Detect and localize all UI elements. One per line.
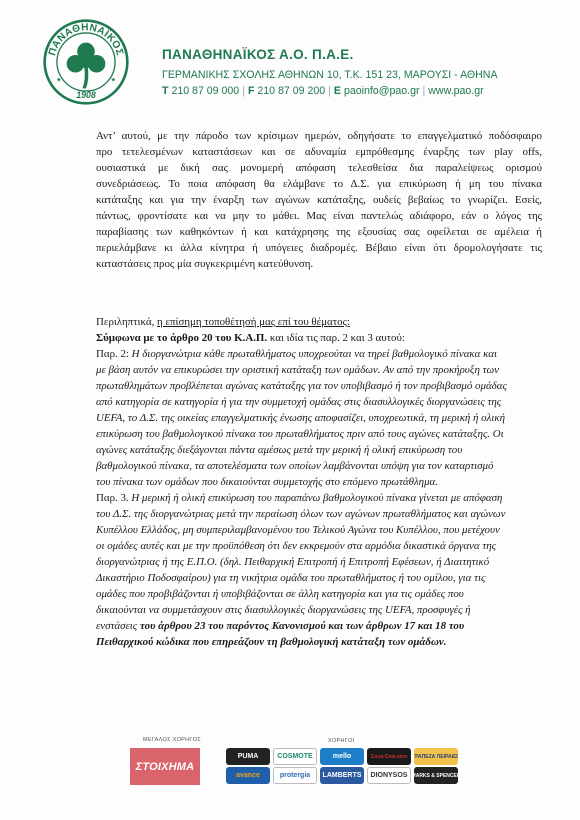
fax-number: 210 87 09 200 [257,85,325,97]
sponsor-logo-grid: PUMACOSMOTEmelloCoca-Cola zeroΤΡΑΠΕΖΑ ΠΕ… [226,748,458,784]
summary-article-ref: Σύμφωνα με το άρθρο 20 του Κ.Α.Π. και ιδ… [96,330,542,346]
club-logo-shamrock-icon: ΠΑΝΑΘΗΝΑΪΚΟΣ 1908 ★ ★ [42,18,130,106]
paragraph-line: καταστάσεις προς μία συγκεκριμένη κατεύθ… [96,256,542,272]
website-link[interactable]: www.pao.gr [428,85,483,97]
summary-line2-b: και ιδία τις παρ. 2 και 3 αυτού: [267,332,405,344]
par2-line: πρωταθλημάτων προβλέπεται αγώνας κατάταξ… [96,378,542,394]
main-sponsor-name: ΣΤΟΙΧΗΜΑ [136,761,195,773]
fax-label: F [248,85,254,97]
par3-label: Παρ. 3. [96,492,131,504]
summary-intro-text: Περιληπτικά, [96,316,157,328]
svg-text:1908: 1908 [76,90,96,100]
par3-line: δικαιούνται να συμμετάσχουν στις διασυλλ… [96,602,542,618]
email-link[interactable]: paoinfo@pao.gr [344,85,420,97]
org-address: ΓΕΡΜΑΝΙΚΗΣ ΣΧΟΛΗΣ ΑΘΗΝΩΝ 10, Τ.Κ. 151 23… [162,66,498,84]
par2-line: αγώνες κατάταξης διεξάγονται πάντα αμέσω… [96,442,542,458]
article-20-ref: άρθρο 20 του Κ.Α.Π. [170,332,267,344]
par3-line: ομάδες που προβιβάζονται ή υποβιβάζονται… [96,586,542,602]
par3-line: οι ομάδες αυτές και με την προϋπόθεση ότ… [96,538,542,554]
par3-line: ενστάσεις του άρθρου 23 του παρόντος Καν… [96,618,542,634]
sponsor-logo: ΤΡΑΠΕΖΑ ΠΕΙΡΑΙΩΣ [414,748,458,765]
sponsors-label: ΧΟΡΗΓΟΙ [328,738,355,744]
par3-last-bold: του άρθρου 23 του παρόντος Κανονισμού κα… [140,620,464,632]
org-name: ΠΑΝΑΘΗΝΑΪΚΟΣ Α.Ο. Π.Α.Ε. [162,47,498,63]
paragraph-line: πάντως, φροντίσατε και να μην το μάθει. … [96,208,542,224]
svg-text:★: ★ [56,76,62,83]
sponsor-logo: avance [226,767,270,784]
svg-text:★: ★ [111,76,117,83]
par2-label: Παρ. 2: [96,348,132,360]
main-sponsor-label: ΜΕΓΑΛΟΣ ΧΟΡΗΓΟΣ [143,737,201,743]
letter-page: ΠΑΝΑΘΗΝΑΪΚΟΣ 1908 ★ ★ ΠΑΝΑΘΗΝΑΪΚΟΣ Α.Ο. … [0,0,580,820]
email-label: E [334,85,341,97]
par2-line: UEFA, το Δ.Σ. της οικείας επαγγελματικής… [96,410,542,426]
par3-line: Παρ. 3. Η μερική ή ολική επικύρωση του π… [96,490,542,506]
paragraph-line: Αντ’ αυτού, με την πάροδο των κρίσιμων η… [96,128,542,144]
article-paragraphs: Παρ. 2: Η διοργανώτρια κάθε πρωταθλήματο… [96,346,542,650]
letterhead: ΠΑΝΑΘΗΝΑΪΚΟΣ Α.Ο. Π.Α.Ε. ΓΕΡΜΑΝΙΚΗΣ ΣΧΟΛ… [162,47,498,99]
par3-line: διοργανώτριας ή της Ε.Π.Ο. (δηλ. Πειθαρχ… [96,554,542,570]
sponsor-logo: MARKS & SPENCER [414,767,458,784]
par3-last-a: ενστάσεις [96,620,140,632]
paragraph-line: παραβίασης των καθηκόντων ή και κατάχρησ… [96,224,542,240]
summary-underlined: η επίσημη τοποθέτησή μας επί του θέματος… [157,316,350,328]
sponsor-logo: Coca-Cola zero [367,748,411,765]
par2-line: βαθμολογικού πίνακα, τα αποτελέσματα των… [96,458,542,474]
phone-number: 210 87 09 000 [171,85,239,97]
par3-final-line: Πειθαρχικού κώδικα που επηρεάζουν τη βαθ… [96,634,542,650]
paragraph-1: Αντ’ αυτού, με την πάροδο των κρίσιμων η… [96,128,542,272]
summary-section: Περιληπτικά, η επίσημη τοποθέτησή μας επ… [96,314,542,346]
par2-line: με βάση αυτόν να επικυρώσει την οριστική… [96,362,542,378]
paragraph-line: κατάταξης και για την έναρξη των αγώνων … [96,192,542,208]
sponsor-logo: mello [320,748,364,765]
par2-line: Παρ. 2: Η διοργανώτρια κάθε πρωταθλήματο… [96,346,542,362]
par3-line: του Δ.Σ. της διοργανώτριας μετά την περα… [96,506,542,522]
phone-label: T [162,85,168,97]
paragraph-line: προ τετελεσμένων καταστάσεων και σε αδυν… [96,144,542,160]
contact-line: T 210 87 09 000|F 210 87 09 200|E paoinf… [162,84,498,99]
sponsor-logo: PUMA [226,748,270,765]
summary-line2-a: Σύμφωνα με το [96,332,170,344]
paragraph-line: συνεδριάσεως. Το ποια απόφαση θα ελάμβαν… [96,176,542,192]
par2-text: Η διοργανώτρια κάθε πρωταθλήματος υποχρε… [132,348,497,360]
paragraph-line: περιελάμβανε κι άλλα κίνητρα ή υπόγειες … [96,240,542,256]
par2-line: από κατηγορία σε κατηγορία ή για την συμ… [96,394,542,410]
par3-text: Η μερική ή ολική επικύρωση του παραπάνω … [131,492,502,504]
main-sponsor-logo: ΣΤΟΙΧΗΜΑ [130,748,200,785]
par2-line: επικύρωση του βαθμολογικού πίνακα του πρ… [96,426,542,442]
sponsor-logo: DIONYSOS [367,767,411,784]
sponsor-logo: protergia [273,767,317,784]
sponsor-logo: COSMOTE [273,748,317,765]
par3-line: Κυπέλλου Ελλάδος, μη συμπεριλαμβανομένου… [96,522,542,538]
summary-intro: Περιληπτικά, η επίσημη τοποθέτησή μας επ… [96,314,542,330]
par3-line: Δικαστήριο Ποδοσφαίρου) για τη νικήτρια … [96,570,542,586]
par2-line: του πίνακα των ομάδων που δικαιούνται συ… [96,474,542,490]
sponsor-logo: LAMBERTS [320,767,364,784]
paragraph-line: ουσιαστικά με δική σας μονομερή απόφαση … [96,160,542,176]
